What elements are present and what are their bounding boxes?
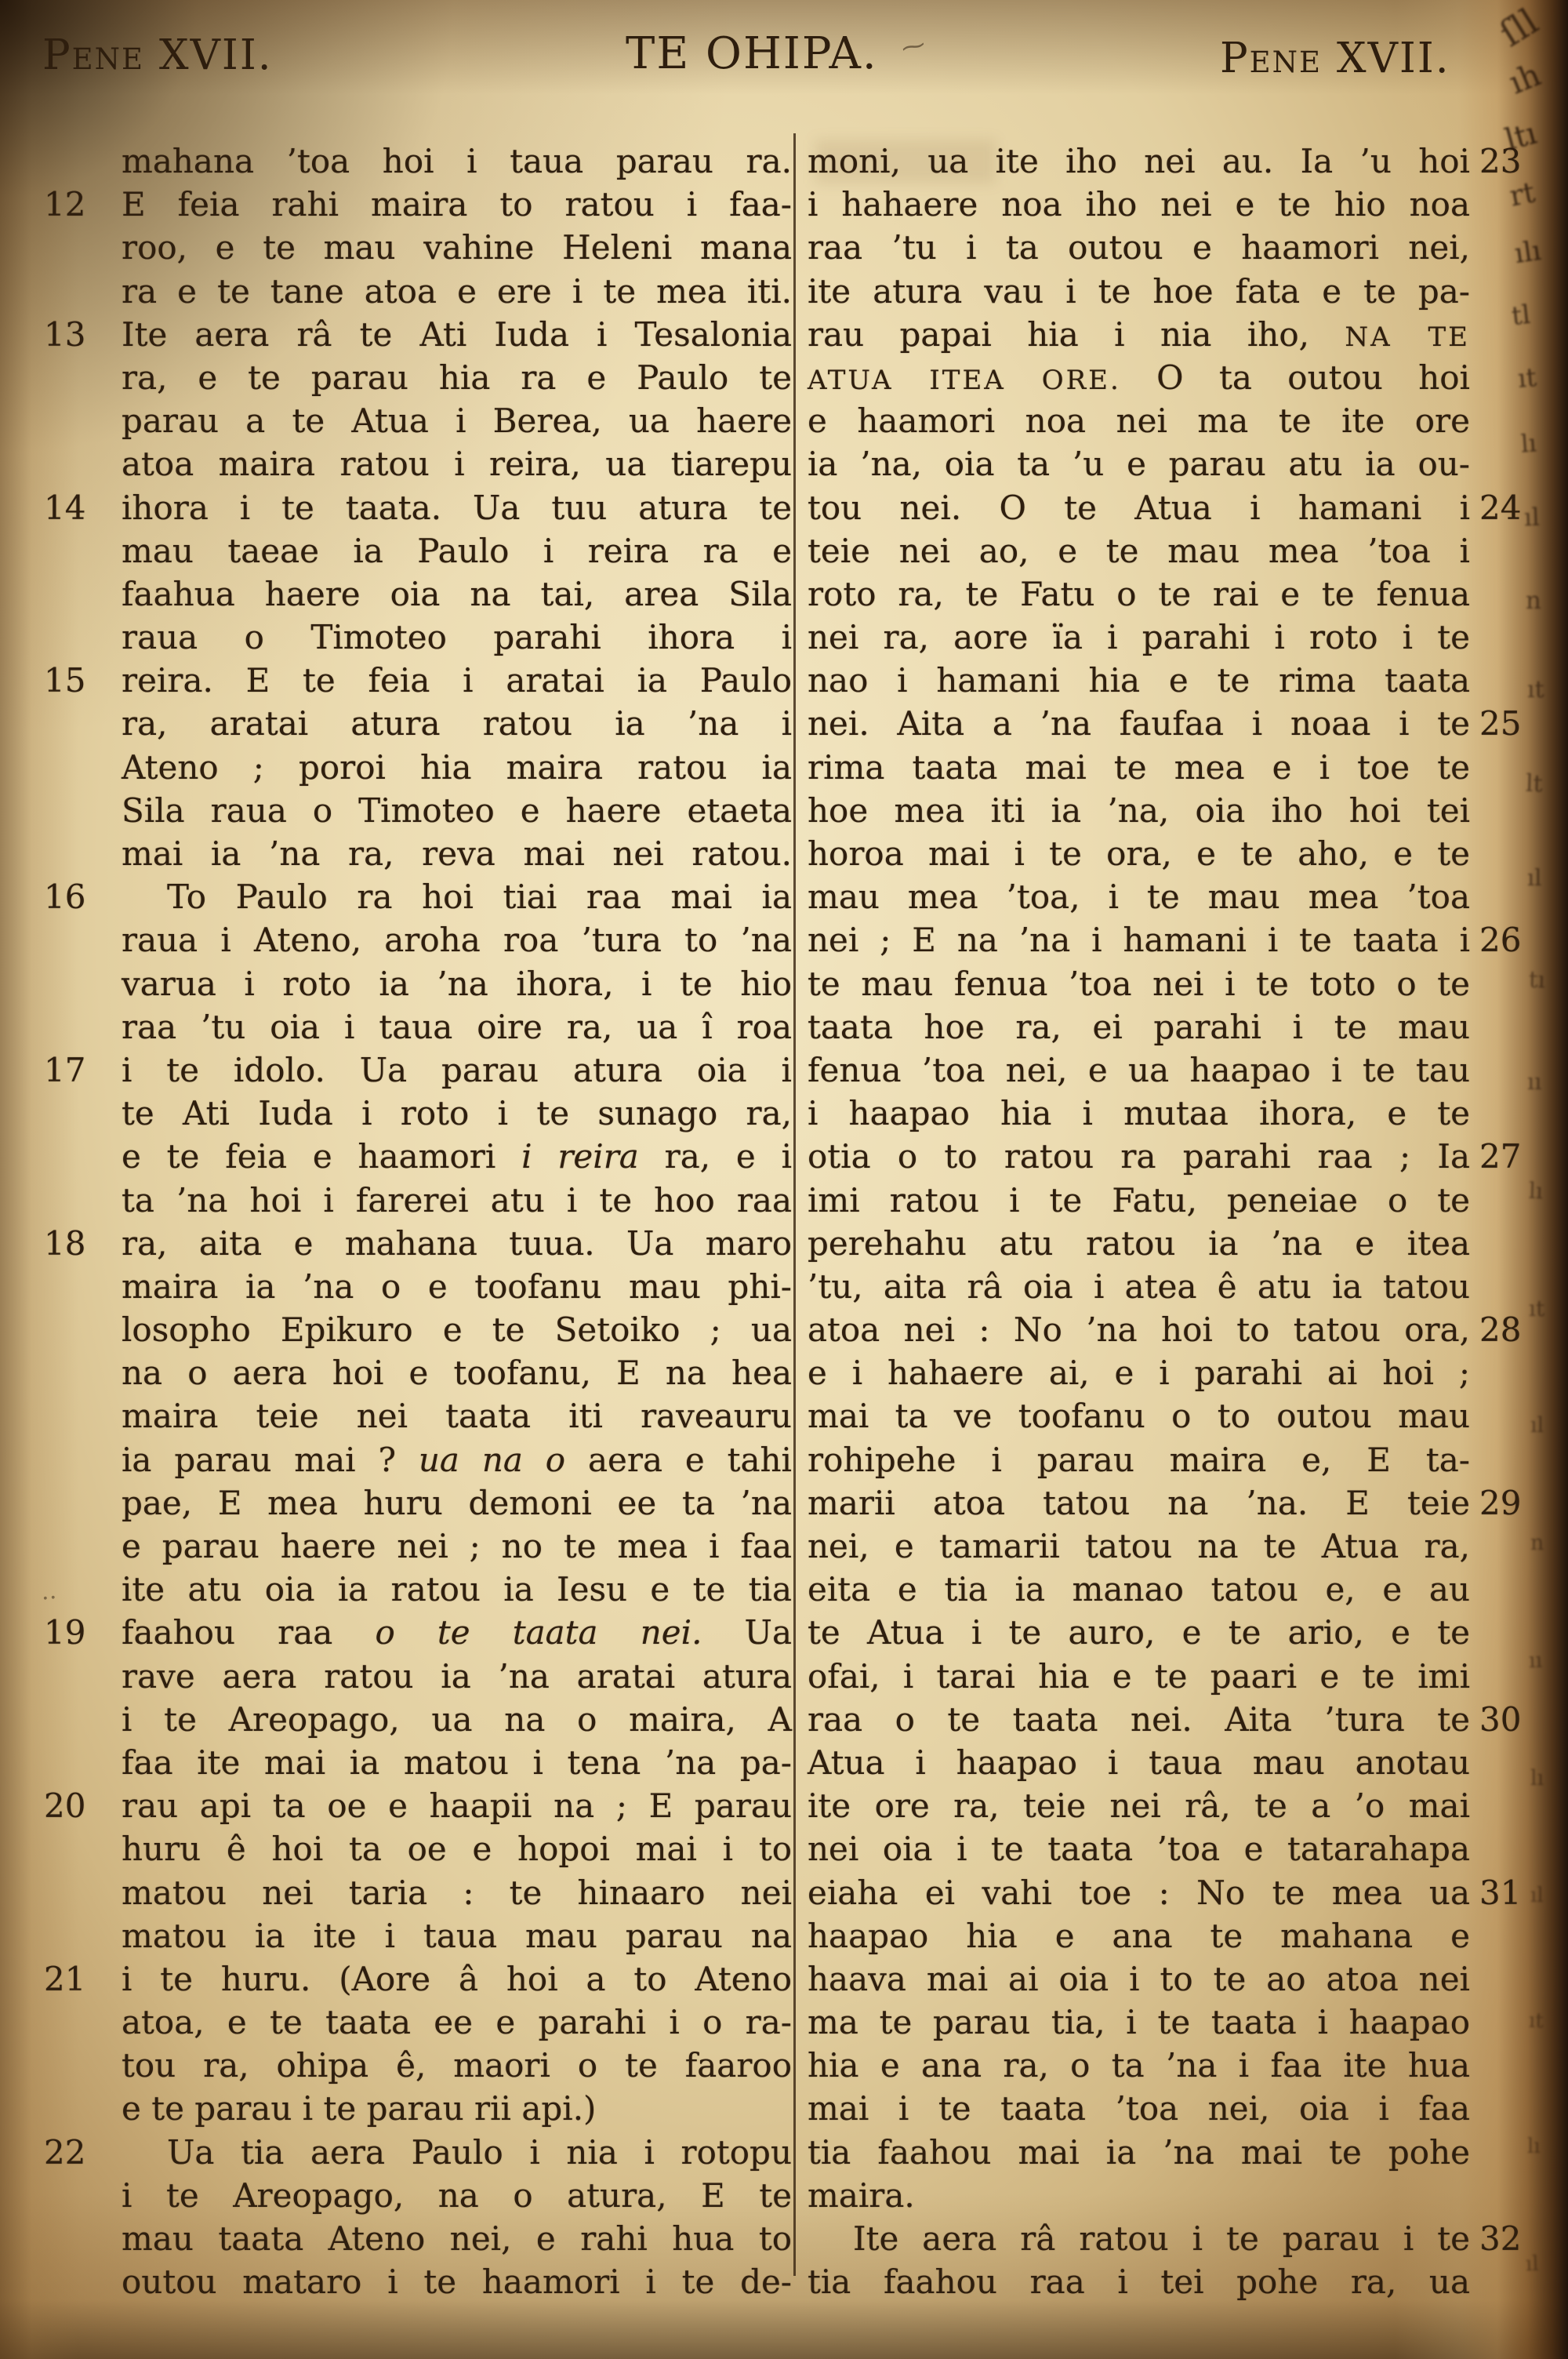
- italic-phrase: o te taata nei.: [375, 1613, 702, 1652]
- verse-text: Ua tia aera Paulo i nia i rotopu: [122, 2131, 792, 2174]
- verse-number: [1470, 1438, 1544, 1481]
- verse-number: [39, 1525, 122, 1568]
- text-line: i te Areopago, ua na o maira, A: [39, 1698, 792, 1741]
- verse-number: [1470, 1957, 1544, 2001]
- text-line: ite ore ra, teie nei râ, te a ’o mai: [808, 1784, 1544, 1827]
- verse-number: [39, 832, 122, 875]
- verse-number: [39, 356, 122, 399]
- phrase: nei. Aita a ’na faufaa i noaa i te: [808, 704, 1470, 743]
- verse-text: ATUA ITEA ORE. O ta outou hoi: [808, 356, 1470, 399]
- text-line: te Atua i te auro, e te ario, e te: [808, 1611, 1544, 1654]
- text-line: eiaha ei vahi toe : No te mea ua31: [808, 1871, 1544, 1914]
- text-line: 12E feia rahi maira to ratou i faa-: [39, 183, 792, 226]
- verse-text: roto ra, te Fatu o te rai e te fenua: [808, 572, 1470, 616]
- verse-text: ra, e te parau hia ra e Paulo te: [122, 356, 792, 399]
- smallcaps-phrase: ATUA ITEA ORE.: [808, 365, 1121, 396]
- text-line: mau mea ’toa, i te mau mea ’toa: [808, 875, 1544, 918]
- text-line: fenua ’toa nei, e ua haapao i te tau: [808, 1049, 1544, 1092]
- verse-text: nei. Aita a ’na faufaa i noaa i te: [808, 702, 1470, 745]
- verse-number: [39, 1871, 122, 1914]
- verse-number: [1470, 962, 1544, 1005]
- text-line: huru ê hoi ta oe e hopoi mai i to: [39, 1827, 792, 1870]
- verse-text: e haamori noa nei ma te ite ore: [808, 399, 1470, 442]
- verse-text: Ite aera râ te Ati Iuda i Tesalonia: [122, 313, 792, 356]
- verse-text: perehahu atu ratou ia ’na e itea: [808, 1222, 1470, 1265]
- verse-number: [39, 1438, 122, 1481]
- text-line: raa o te taata nei. Aita ’tura te30: [808, 1698, 1544, 1741]
- verse-number: [1470, 572, 1544, 616]
- running-head-right: Pene XVII.: [1220, 35, 1450, 82]
- verse-number: 16: [39, 875, 122, 918]
- phrase: mahana ’toa hoi i taua parau ra.: [122, 142, 792, 180]
- verse-text: atoa nei : No ’na hoi to tatou ora,: [808, 1308, 1470, 1351]
- verse-number: [1470, 616, 1544, 659]
- phrase: e parau haere nei ; no te mea i faa: [122, 1527, 792, 1565]
- verse-number: 25: [1470, 702, 1544, 745]
- verse-text: raa ’tu oia i taua oire ra, ua î roa: [122, 1005, 792, 1049]
- phrase: parau a te Atua i Berea, ua haere: [122, 402, 792, 440]
- text-line: i haapao hia i mutaa ihora, e te: [808, 1092, 1544, 1135]
- verse-text: faahua haere oia na tai, area Sila: [122, 572, 792, 616]
- text-line: e haamori noa nei ma te ite ore: [808, 399, 1544, 442]
- verse-text: fenua ’toa nei, e ua haapao i te tau: [808, 1049, 1470, 1092]
- verse-number: [39, 1481, 122, 1525]
- verse-number: 14: [39, 486, 122, 529]
- text-line: nei ; E na ’na i hamani i te taata i26: [808, 918, 1544, 961]
- phrase: haapao hia e ana te mahana e: [808, 1917, 1470, 1955]
- text-line: imi ratou i te Fatu, peneiae o te: [808, 1179, 1544, 1222]
- text-line: 21i te huru. (Aore â hoi a to Ateno: [39, 1957, 792, 2001]
- verse-text: tia faahou raa i tei pohe ra, ua: [808, 2260, 1470, 2303]
- phrase: raua o Timoteo parahi ihora i: [122, 618, 792, 656]
- phrase: outou mataro i te haamori i te de-: [122, 2263, 792, 2301]
- verse-number: [39, 2044, 122, 2087]
- verse-text: horoa mai i te ora, e te aho, e te: [808, 832, 1470, 875]
- verse-text: ma te parau tia, i te taata i haapao: [808, 2001, 1470, 2044]
- verse-text: ta ’na hoi i farerei atu i te hoo raa: [122, 1179, 792, 1222]
- verse-number: [1470, 226, 1544, 269]
- phrase: Atua i haapao i taua mau anotau: [808, 1743, 1470, 1782]
- verse-text: i te huru. (Aore â hoi a to Ateno: [122, 1957, 792, 2001]
- phrase: ra, aratai atura ratou ia ’na i: [122, 704, 792, 743]
- phrase: mai ia ’na ra, reva mai nei ratou.: [122, 834, 792, 873]
- text-line: nei ra, aore ïa i parahi i roto i te: [808, 616, 1544, 659]
- verse-number: [1470, 442, 1544, 485]
- verse-number: [1470, 1784, 1544, 1827]
- phrase: tia faahou raa i tei pohe ra, ua: [808, 2263, 1470, 2301]
- text-line: 19faahou raa o te taata nei. Ua: [39, 1611, 792, 1654]
- text-line: pae, E mea huru demoni ee ta ’na: [39, 1481, 792, 1525]
- phrase: reira. E te feia i aratai ia Paulo: [122, 661, 792, 700]
- verse-text: rima taata mai te mea e i toe te: [808, 746, 1470, 789]
- phrase: i te huru. (Aore â hoi a to Ateno: [122, 1960, 792, 1998]
- verse-text: taata hoe ra, ei parahi i te mau: [808, 1005, 1470, 1049]
- verse-number: [1470, 356, 1544, 399]
- verse-number: 18: [39, 1222, 122, 1265]
- verse-text: ite ore ra, teie nei râ, te a ’o mai: [808, 1784, 1470, 1827]
- text-line: nei oia i te taata ’toa e tatarahapa: [808, 1827, 1544, 1870]
- verse-number: 26: [1470, 918, 1544, 961]
- verse-number: [39, 1827, 122, 1870]
- text-line: te Ati Iuda i roto i te sunago ra,: [39, 1092, 792, 1135]
- text-line: tou ra, ohipa ê, maori o te faaroo: [39, 2044, 792, 2087]
- phrase: losopho Epikuro e te Setoiko ; ua: [122, 1310, 792, 1349]
- verse-number: [39, 529, 122, 572]
- phrase: i te Areopago, ua na o maira, A: [122, 1700, 792, 1739]
- verse-number: [39, 918, 122, 961]
- text-line: ofai, i tarai hia e te paari e te imi: [808, 1655, 1544, 1698]
- text-line: parau a te Atua i Berea, ua haere: [39, 399, 792, 442]
- verse-text: te Atua i te auro, e te ario, e te: [808, 1611, 1470, 1654]
- phrase: tou ra, ohipa ê, maori o te faaroo: [122, 2046, 792, 2085]
- verse-text: teie nei ao, e te mau mea ’toa i: [808, 529, 1470, 572]
- text-line: maira teie nei taata iti raveauru: [39, 1394, 792, 1438]
- verse-number: 12: [39, 183, 122, 226]
- verse-number: [39, 2260, 122, 2303]
- phrase: mai i te taata ’toa nei, oia i faa: [808, 2089, 1470, 2128]
- phrase: marii atoa tatou na ’na. E teie: [808, 1484, 1470, 1522]
- verse-text: haapao hia e ana te mahana e: [808, 1914, 1470, 1957]
- text-line: Ite aera râ ratou i te parau i te32: [808, 2217, 1544, 2260]
- verse-number: [39, 1135, 122, 1178]
- text-line: raa ’tu oia i taua oire ra, ua î roa: [39, 1005, 792, 1049]
- verse-number: [1470, 1655, 1544, 1698]
- phrase: raua i Ateno, aroha roa ’tura to ’na: [122, 921, 792, 959]
- verse-number: [1470, 875, 1544, 918]
- phrase: maira teie nei taata iti raveauru: [122, 1397, 792, 1435]
- verse-number: [39, 789, 122, 832]
- verse-text: Atua i haapao i taua mau anotau: [808, 1741, 1470, 1784]
- phrase: otia o to ratou ra parahi raa ; Ia: [808, 1137, 1470, 1176]
- text-line: losopho Epikuro e te Setoiko ; ua: [39, 1308, 792, 1351]
- verse-text: ofai, i tarai hia e te paari e te imi: [808, 1655, 1470, 1698]
- phrase: i te idolo. Ua parau atura oia i: [122, 1051, 792, 1089]
- phrase: O ta outou hoi: [1121, 358, 1470, 397]
- text-line: 16To Paulo ra hoi tiai raa mai ia: [39, 875, 792, 918]
- verse-number: [39, 2001, 122, 2044]
- verse-text: ihora i te taata. Ua tuu atura te: [122, 486, 792, 529]
- text-line: mai i te taata ’toa nei, oia i faa: [808, 2087, 1544, 2130]
- verse-text: ite atu oia ia ratou ia Iesu e te tia: [122, 1568, 792, 1611]
- verse-text: nao i hamani hia e te rima taata: [808, 659, 1470, 702]
- phrase: nei oia i te taata ’toa e tatarahapa: [808, 1830, 1470, 1868]
- text-line: nei, e tamarii tatou na te Atua ra,: [808, 1525, 1544, 1568]
- verse-number: [1470, 529, 1544, 572]
- phrase: Ite aera râ ratou i te parau i te: [853, 2219, 1470, 2258]
- text-line: eita e tia ia manao tatou e, e au: [808, 1568, 1544, 1611]
- verse-text: losopho Epikuro e te Setoiko ; ua: [122, 1308, 792, 1351]
- verse-text: i te Areopago, na o atura, E te: [122, 2174, 792, 2217]
- verse-text: E feia rahi maira to ratou i faa-: [122, 183, 792, 226]
- verse-text: mai i te taata ’toa nei, oia i faa: [808, 2087, 1470, 2130]
- italic-phrase: i reira: [521, 1137, 639, 1176]
- verse-number: [39, 2217, 122, 2260]
- verse-number: [39, 1308, 122, 1351]
- text-line: mahana ’toa hoi i taua parau ra.: [39, 140, 792, 183]
- phrase: tou nei. O te Atua i hamani i: [808, 489, 1470, 527]
- text-line: rau papai hia i nia iho, NA TE: [808, 313, 1544, 356]
- verse-text: nei, e tamarii tatou na te Atua ra,: [808, 1525, 1470, 1568]
- verse-text: te mau fenua ’toa nei i te toto o te: [808, 962, 1470, 1005]
- phrase: na o aera hoi e toofanu, E na hea: [122, 1354, 792, 1392]
- text-line: haava mai ai oia i to te ao atoa nei: [808, 1957, 1544, 2001]
- phrase: e i hahaere ai, e i parahi ai hoi ;: [808, 1354, 1470, 1392]
- verse-text: tou nei. O te Atua i hamani i: [808, 486, 1470, 529]
- verse-text: eita e tia ia manao tatou e, e au: [808, 1568, 1470, 1611]
- text-line: ATUA ITEA ORE. O ta outou hoi: [808, 356, 1544, 399]
- phrase: rau api ta oe e haapii na ; E parau: [122, 1787, 792, 1825]
- text-line: na o aera hoi e toofanu, E na hea: [39, 1351, 792, 1394]
- phrase: ite ore ra, teie nei râ, te a ’o mai: [808, 1787, 1470, 1825]
- phrase: nao i hamani hia e te rima taata: [808, 661, 1470, 700]
- phrase: fenua ’toa nei, e ua haapao i te tau: [808, 1051, 1470, 1089]
- verse-number: [1470, 270, 1544, 313]
- text-line: e te feia e haamori i reira ra, e i: [39, 1135, 792, 1178]
- verse-number: 17: [39, 1049, 122, 1092]
- phrase: rohipehe i parau maira e, E ta-: [808, 1441, 1470, 1479]
- phrase: varua i roto ia ’na ihora, i te hio: [122, 965, 792, 1003]
- phrase: nei, e tamarii tatou na te Atua ra,: [808, 1527, 1470, 1565]
- verse-text: te Ati Iuda i roto i te sunago ra,: [122, 1092, 792, 1135]
- phrase: raa ’tu oia i taua oire ra, ua î roa: [122, 1008, 792, 1046]
- text-line: 13Ite aera râ te Ati Iuda i Tesalonia: [39, 313, 792, 356]
- text-line: taata hoe ra, ei parahi i te mau: [808, 1005, 1544, 1049]
- verse-number: [1470, 183, 1544, 226]
- verse-number: [39, 140, 122, 183]
- verse-text: marii atoa tatou na ’na. E teie: [808, 1481, 1470, 1525]
- verse-text: faa ite mai ia matou i tena ’na pa-: [122, 1741, 792, 1784]
- verse-number: 13: [39, 313, 122, 356]
- verse-number: 27: [1470, 1135, 1544, 1178]
- phrase: moni, ua ite iho nei au. Ia ’u hoi: [808, 142, 1470, 180]
- verse-text: matou ia ite i taua mau parau na: [122, 1914, 792, 1957]
- verse-text: maira.: [808, 2174, 1470, 2217]
- verse-number: [39, 1005, 122, 1049]
- phrase: e te parau i te parau rii api.): [122, 2089, 596, 2128]
- phrase: mai ta ve toofanu o to outou mau: [808, 1397, 1470, 1435]
- verse-number: [39, 1698, 122, 1741]
- text-line: 22Ua tia aera Paulo i nia i rotopu: [39, 2131, 792, 2174]
- phrase: roto ra, te Fatu o te rai e te fenua: [808, 575, 1470, 613]
- text-line: marii atoa tatou na ’na. E teie29: [808, 1481, 1544, 1525]
- phrase: e te feia e haamori: [122, 1137, 521, 1176]
- text-line: maira ia ’na o e toofanu mau phi-: [39, 1265, 792, 1308]
- text-line: perehahu atu ratou ia ’na e itea: [808, 1222, 1544, 1265]
- phrase: rave aera ratou ia ’na aratai atura: [122, 1657, 792, 1696]
- verse-text: maira ia ’na o e toofanu mau phi-: [122, 1265, 792, 1308]
- phrase: atoa nei : No ’na hoi to tatou ora,: [808, 1310, 1470, 1349]
- phrase: ite atu oia ia ratou ia Iesu e te tia: [122, 1570, 792, 1608]
- verse-text: pae, E mea huru demoni ee ta ’na: [122, 1481, 792, 1525]
- verse-number: [39, 226, 122, 269]
- text-line: ra, aratai atura ratou ia ’na i: [39, 702, 792, 745]
- italic-phrase: ua na o: [419, 1441, 565, 1479]
- verse-text: e te parau i te parau rii api.): [122, 2087, 792, 2130]
- running-head-left: Pene XVII.: [42, 31, 273, 79]
- phrase: Ua: [702, 1613, 792, 1652]
- verse-text: e te feia e haamori i reira ra, e i: [122, 1135, 792, 1178]
- phrase: ite atura vau i te hoe fata e te pa-: [808, 272, 1470, 311]
- text-line: horoa mai i te ora, e te aho, e te: [808, 832, 1544, 875]
- phrase: hoe mea iti ia ’na, oia iho hoi tei: [808, 791, 1470, 830]
- phrase: E feia rahi maira to ratou i faa-: [122, 185, 792, 224]
- text-line: nao i hamani hia e te rima taata: [808, 659, 1544, 702]
- verse-number: [1470, 1351, 1544, 1394]
- page-title: TE OHIPA.: [626, 28, 878, 79]
- verse-number: 24: [1470, 486, 1544, 529]
- phrase: ra, e i: [639, 1137, 792, 1176]
- verse-text: Ite aera râ ratou i te parau i te: [808, 2217, 1470, 2260]
- verse-text: parau a te Atua i Berea, ua haere: [122, 399, 792, 442]
- text-line: ra e te tane atoa e ere i te mea iti.: [39, 270, 792, 313]
- verse-number: [1470, 2260, 1544, 2303]
- phrase: ma te parau tia, i te taata i haapao: [808, 2003, 1470, 2041]
- verse-number: 15: [39, 659, 122, 702]
- verse-text: matou nei taria : te hinaaro nei: [122, 1871, 792, 1914]
- text-line: maira.: [808, 2174, 1544, 2217]
- phrase: taata hoe ra, ei parahi i te mau: [808, 1008, 1470, 1046]
- phrase: matou nei taria : te hinaaro nei: [122, 1874, 792, 1912]
- text-line: hia e ana ra, o ta ’na i faa ite hua: [808, 2044, 1544, 2087]
- verse-text: nei ; E na ’na i hamani i te taata i: [808, 918, 1470, 961]
- verse-number: 28: [1470, 1308, 1544, 1351]
- verse-number: [39, 616, 122, 659]
- verse-text: mai ia ’na ra, reva mai nei ratou.: [122, 832, 792, 875]
- smallcaps-phrase: NA TE: [1345, 322, 1470, 353]
- text-line: raua o Timoteo parahi ihora i: [39, 616, 792, 659]
- verse-text: rave aera ratou ia ’na aratai atura: [122, 1655, 792, 1698]
- verse-text: mau taata Ateno nei, e rahi hua to: [122, 2217, 792, 2260]
- phrase: maira ia ’na o e toofanu mau phi-: [122, 1267, 792, 1306]
- printer-mark: ⁓: [899, 31, 928, 62]
- verse-number: [1470, 1914, 1544, 1957]
- text-line: ite atu oia ia ratou ia Iesu e te tia: [39, 1568, 792, 1611]
- verse-text: tou ra, ohipa ê, maori o te faaroo: [122, 2044, 792, 2087]
- verse-number: 19: [39, 1611, 122, 1654]
- phrase: i te Areopago, na o atura, E te: [122, 2176, 792, 2215]
- verse-text: raa o te taata nei. Aita ’tura te: [808, 1698, 1470, 1741]
- text-line: 18ra, aita e mahana tuua. Ua maro: [39, 1222, 792, 1265]
- text-line: teie nei ao, e te mau mea ’toa i: [808, 529, 1544, 572]
- text-line: Atua i haapao i taua mau anotau: [808, 1741, 1544, 1784]
- verse-number: [1470, 1394, 1544, 1438]
- verse-number: [1470, 1568, 1544, 1611]
- verse-text: ’tu, aita râ oia i atea ê atu ia tatou: [808, 1265, 1470, 1308]
- verse-text: ra, aita e mahana tuua. Ua maro: [122, 1222, 792, 1265]
- text-line: ite atura vau i te hoe fata e te pa-: [808, 270, 1544, 313]
- text-line: otia o to ratou ra parahi raa ; Ia27: [808, 1135, 1544, 1178]
- verse-text: ra e te tane atoa e ere i te mea iti.: [122, 270, 792, 313]
- book-page: Pene XVII. TE OHIPA. ⁓ Pene XVII. mahana…: [0, 0, 1568, 2359]
- verse-text: mau taeae ia Paulo i reira ra e: [122, 529, 792, 572]
- page-edge-fragment: ſll: [1492, 0, 1545, 55]
- phrase: ra e te tane atoa e ere i te mea iti.: [122, 272, 792, 311]
- phrase: faahou raa: [122, 1613, 375, 1652]
- text-line: ta ’na hoi i farerei atu i te hoo raa: [39, 1179, 792, 1222]
- text-line: atoa, e te taata ee e parahi i o ra-: [39, 2001, 792, 2044]
- text-line: e te parau i te parau rii api.): [39, 2087, 792, 2130]
- verse-text: mahana ’toa hoi i taua parau ra.: [122, 140, 792, 183]
- verse-number: [39, 746, 122, 789]
- verse-number: [39, 572, 122, 616]
- verse-text: rau papai hia i nia iho, NA TE: [808, 313, 1470, 356]
- text-line: matou ia ite i taua mau parau na: [39, 1914, 792, 1957]
- phrase: To Paulo ra hoi tiai raa mai ia: [167, 878, 792, 916]
- text-line: nei. Aita a ’na faufaa i noaa i te25: [808, 702, 1544, 745]
- text-line: ’tu, aita râ oia i atea ê atu ia tatou: [808, 1265, 1544, 1308]
- phrase: ia parau mai ?: [122, 1441, 419, 1479]
- phrase: faahua haere oia na tai, area Sila: [122, 575, 792, 613]
- text-line: tou nei. O te Atua i hamani i24: [808, 486, 1544, 529]
- phrase: Ateno ; poroi hia maira ratou ia: [122, 748, 792, 787]
- text-line: matou nei taria : te hinaaro nei: [39, 1871, 792, 1914]
- verse-number: 29: [1470, 1481, 1544, 1525]
- phrase: perehahu atu ratou ia ’na e itea: [808, 1224, 1470, 1263]
- verse-text: mai ta ve toofanu o to outou mau: [808, 1394, 1470, 1438]
- verse-text: eiaha ei vahi toe : No te mea ua: [808, 1871, 1470, 1914]
- phrase: imi ratou i te Fatu, peneiae o te: [808, 1181, 1470, 1219]
- text-line: Sila raua o Timoteo e haere etaeta: [39, 789, 792, 832]
- phrase: haava mai ai oia i to te ao atoa nei: [808, 1960, 1470, 1998]
- text-line: mau taeae ia Paulo i reira ra e: [39, 529, 792, 572]
- phrase: raa o te taata nei. Aita ’tura te: [808, 1700, 1470, 1739]
- text-column-left: mahana ’toa hoi i taua parau ra.12E feia…: [39, 140, 792, 2303]
- verse-text: rau api ta oe e haapii na ; E parau: [122, 1784, 792, 1827]
- verse-number: [39, 1351, 122, 1394]
- verse-text: raua o Timoteo parahi ihora i: [122, 616, 792, 659]
- text-line: tia faahou mai ia ’na mai te pohe: [808, 2131, 1544, 2174]
- phrase: maira.: [808, 2176, 915, 2215]
- verse-number: [39, 2087, 122, 2130]
- verse-text: i te idolo. Ua parau atura oia i: [122, 1049, 792, 1092]
- verse-text: i hahaere noa iho nei e te hio noa: [808, 183, 1470, 226]
- phrase: faa ite mai ia matou i tena ’na pa-: [122, 1743, 792, 1782]
- verse-number: [1470, 2131, 1544, 2174]
- phrase: atoa maira ratou i reira, ua tiarepu: [122, 445, 792, 483]
- text-line: i hahaere noa iho nei e te hio noa: [808, 183, 1544, 226]
- text-line: mai ia ’na ra, reva mai nei ratou.: [39, 832, 792, 875]
- verse-number: [39, 702, 122, 745]
- phrase: e haamori noa nei ma te ite ore: [808, 402, 1470, 440]
- verse-text: atoa maira ratou i reira, ua tiarepu: [122, 442, 792, 485]
- phrase: aera e tahi: [565, 1441, 792, 1479]
- verse-text: varua i roto ia ’na ihora, i te hio: [122, 962, 792, 1005]
- verse-number: [1470, 2087, 1544, 2130]
- verse-number: [39, 1914, 122, 1957]
- phrase: ra, e te parau hia ra e Paulo te: [122, 358, 792, 397]
- phrase: ra, aita e mahana tuua. Ua maro: [122, 1224, 792, 1263]
- verse-number: [39, 1265, 122, 1308]
- phrase: eiaha ei vahi toe : No te mea ua: [808, 1874, 1470, 1912]
- verse-text: haava mai ai oia i to te ao atoa nei: [808, 1957, 1470, 2001]
- verse-number: 22: [39, 2131, 122, 2174]
- verse-number: [39, 1179, 122, 1222]
- phrase: teie nei ao, e te mau mea ’toa i: [808, 532, 1470, 570]
- verse-number: [39, 2174, 122, 2217]
- verse-text: i haapao hia i mutaa ihora, e te: [808, 1092, 1470, 1135]
- verse-text: ia parau mai ? ua na o aera e tahi: [122, 1438, 792, 1481]
- verse-number: [1470, 789, 1544, 832]
- verse-text: huru ê hoi ta oe e hopoi mai i to: [122, 1827, 792, 1870]
- text-line: raa ’tu i ta outou e haamori nei,: [808, 226, 1544, 269]
- verse-number: [1470, 1525, 1544, 1568]
- verse-number: [39, 1741, 122, 1784]
- verse-number: [1470, 746, 1544, 789]
- verse-number: [1470, 1265, 1544, 1308]
- text-column-right: moni, ua ite iho nei au. Ia ’u hoi23i ha…: [808, 140, 1544, 2303]
- phrase: eita e tia ia manao tatou e, e au: [808, 1570, 1470, 1608]
- text-line: 17i te idolo. Ua parau atura oia i: [39, 1049, 792, 1092]
